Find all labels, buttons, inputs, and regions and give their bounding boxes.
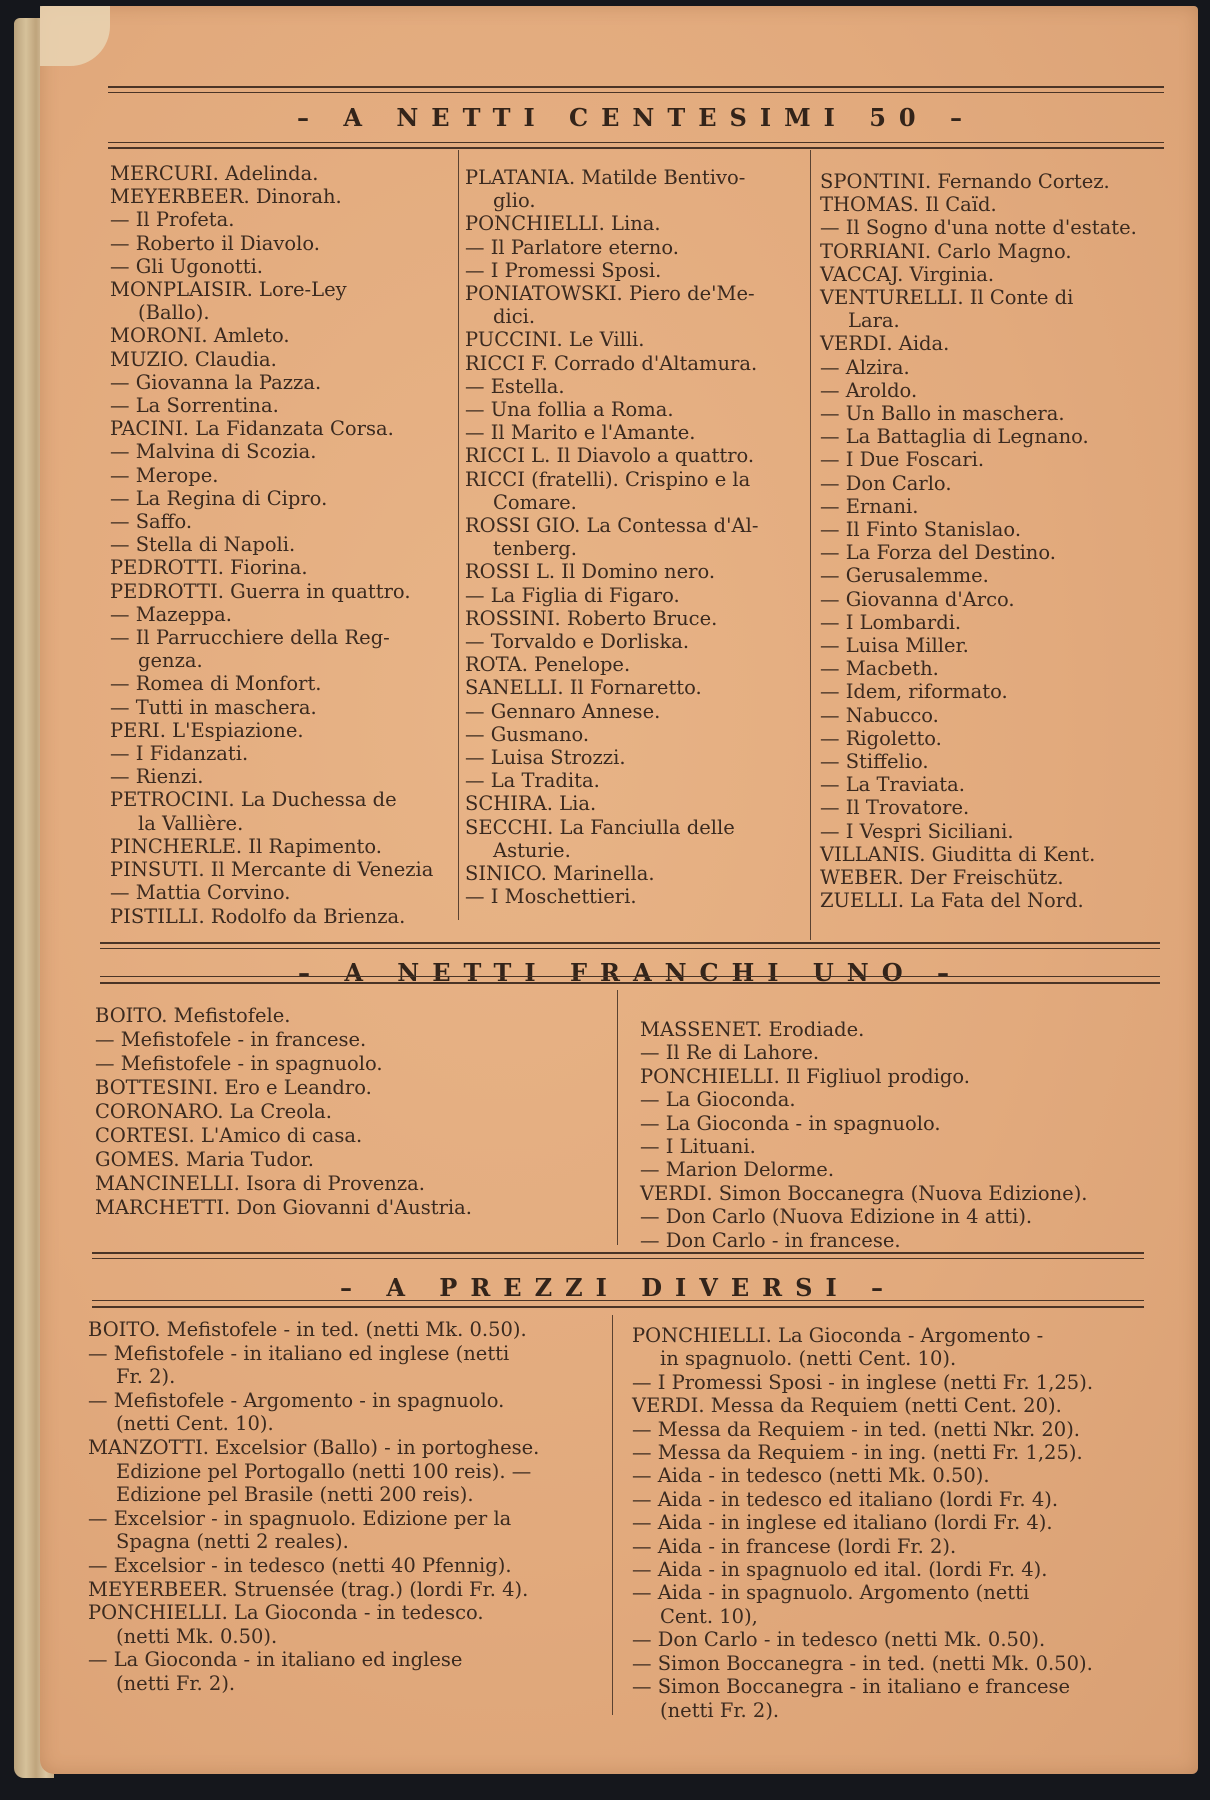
section-header-franchi: – A NETTI FRANCHI UNO –	[100, 958, 1160, 992]
catalog-entry: — Aida - in inglese ed italiano (lordi F…	[632, 1511, 1172, 1534]
catalog-entry: VERDI. Messa da Requiem (netti Cent. 20)…	[632, 1394, 1172, 1417]
catalog-entry: — Don Carlo - in francese.	[640, 1229, 1170, 1252]
catalog-entry: — I Lituani.	[640, 1135, 1170, 1158]
catalog-entry: — I Due Foscari.	[820, 448, 1170, 471]
catalog-entry: VILLANIS. Giuditta di Kent.	[820, 843, 1170, 866]
catalog-entry: — Mefistofele - Argomento - in spagnuolo…	[88, 1389, 608, 1413]
catalog-entry: — Aida - in tedesco (netti Mk. 0.50).	[632, 1464, 1172, 1487]
catalog-entry: — Il Parrucchiere della Reg-	[110, 626, 455, 649]
catalog-entry: — Merope.	[110, 464, 455, 487]
catalog-entry: Asturie.	[465, 839, 805, 862]
catalog-entry: PONCHIELLI. Lina.	[465, 212, 805, 235]
catalog-entry: MASSENET. Erodiade.	[640, 1018, 1170, 1041]
catalog-entry: — Rienzi.	[110, 765, 455, 788]
catalog-entry: — Aroldo.	[820, 379, 1170, 402]
catalog-entry: PONIATOWSKI. Piero de'Me-	[465, 282, 805, 305]
catalog-entry: — Mefistofele - in spagnuolo.	[95, 1052, 610, 1076]
catalog-entry: RICCI (fratelli). Crispino e la	[465, 468, 805, 491]
catalog-entry: — I Promessi Sposi - in inglese (netti F…	[632, 1371, 1172, 1394]
catalog-content: – A NETTI CENTESIMI 50 – MERCURI. Adelin…	[0, 0, 1210, 1800]
catalog-entry: genza.	[110, 649, 455, 672]
catalog-entry: SINICO. Marinella.	[465, 862, 805, 885]
catalog-entry: — Simon Boccanegra - in italiano e franc…	[632, 1675, 1172, 1698]
header-rule	[108, 142, 1164, 143]
catalog-entry: MONPLAISIR. Lore-Ley	[110, 278, 455, 301]
catalog-entry: — Romea di Monfort.	[110, 672, 455, 695]
catalog-entry: — Stella di Napoli.	[110, 533, 455, 556]
catalog-entry: BOTTESINI. Ero e Leandro.	[95, 1076, 610, 1100]
catalog-entry: MUZIO. Claudia.	[110, 348, 455, 371]
catalog-entry: — Rigoletto.	[820, 727, 1170, 750]
catalog-entry: — Mefistofele - in francese.	[95, 1028, 610, 1052]
header-rule	[100, 976, 1160, 977]
catalog-entry: Comare.	[465, 491, 805, 514]
catalog-entry: Lara.	[820, 309, 1170, 332]
catalog-entry: — La Gioconda - in spagnuolo.	[640, 1112, 1170, 1135]
header-rule	[92, 1252, 1144, 1254]
catalog-entry: — Gusmano.	[465, 723, 805, 746]
catalog-entry: SECCHI. La Fanciulla delle	[465, 816, 805, 839]
catalog-entry: — La Figlia di Figaro.	[465, 584, 805, 607]
catalog-entry: PETROCINI. La Duchessa de	[110, 788, 455, 811]
catalog-entry: VACCAJ. Virginia.	[820, 263, 1170, 286]
catalog-entry: — Ernani.	[820, 495, 1170, 518]
catalog-entry: — Luisa Strozzi.	[465, 746, 805, 769]
catalog-entry: — La Tradita.	[465, 769, 805, 792]
header-rule	[108, 147, 1164, 149]
catalog-entry: — Don Carlo - in tedesco (netti Mk. 0.50…	[632, 1628, 1172, 1651]
catalog-entry: tenberg.	[465, 537, 805, 560]
catalog-entry: — Excelsior - in spagnuolo. Edizione per…	[88, 1507, 608, 1531]
section2-column-2: MASSENET. Erodiade.— Il Re di Lahore.PON…	[640, 1018, 1170, 1252]
header-rule	[108, 86, 1164, 88]
catalog-entry: ROSSI L. Il Domino nero.	[465, 560, 805, 583]
catalog-entry: — Gerusalemme.	[820, 564, 1170, 587]
header-rule	[100, 948, 1160, 949]
catalog-entry: RICCI L. Il Diavolo a quattro.	[465, 444, 805, 467]
catalog-entry: — Il Finto Stanislao.	[820, 518, 1170, 541]
catalog-entry: — Il Marito e l'Amante.	[465, 421, 805, 444]
catalog-entry: — La Traviata.	[820, 773, 1170, 796]
catalog-entry: — Il Re di Lahore.	[640, 1041, 1170, 1064]
catalog-entry: Edizione pel Portogallo (netti 100 reis)…	[88, 1460, 608, 1484]
column-divider	[458, 150, 459, 920]
catalog-entry: — Idem, riformato.	[820, 680, 1170, 703]
catalog-entry: — Marion Delorme.	[640, 1158, 1170, 1181]
catalog-entry: TORRIANI. Carlo Magno.	[820, 240, 1170, 263]
section-title: – A PREZZI DIVERSI –	[92, 1273, 1144, 1302]
catalog-entry: PEDROTTI. Fiorina.	[110, 556, 455, 579]
column-divider	[612, 1315, 613, 1715]
catalog-entry: BOITO. Mefistofele.	[95, 1004, 610, 1028]
catalog-entry: — Saffo.	[110, 510, 455, 533]
catalog-entry: — La Gioconda - in italiano ed inglese	[88, 1648, 608, 1672]
catalog-entry: GOMES. Maria Tudor.	[95, 1148, 610, 1172]
column-divider	[617, 990, 618, 1245]
catalog-entry: — Giovanna d'Arco.	[820, 588, 1170, 611]
catalog-entry: — La Gioconda.	[640, 1088, 1170, 1111]
catalog-entry: — Mattia Corvino.	[110, 881, 455, 904]
header-rule	[92, 1300, 1144, 1301]
catalog-entry: — Nabucco.	[820, 704, 1170, 727]
catalog-entry: — La Regina di Cipro.	[110, 487, 455, 510]
catalog-entry: PACINI. La Fidanzata Corsa.	[110, 417, 455, 440]
catalog-entry: glio.	[465, 189, 805, 212]
catalog-entry: CORTESI. L'Amico di casa.	[95, 1124, 610, 1148]
section-header-prezzi: – A PREZZI DIVERSI –	[92, 1273, 1144, 1307]
catalog-entry: — Tutti in maschera.	[110, 696, 455, 719]
catalog-entry: — Giovanna la Pazza.	[110, 371, 455, 394]
catalog-entry: — I Moschettieri.	[465, 885, 805, 908]
header-rule	[92, 1306, 1144, 1308]
catalog-entry: WEBER. Der Freischütz.	[820, 866, 1170, 889]
catalog-entry: — Don Carlo.	[820, 472, 1170, 495]
catalog-entry: — Roberto il Diavolo.	[110, 232, 455, 255]
catalog-entry: — Alzira.	[820, 356, 1170, 379]
catalog-entry: — Il Profeta.	[110, 208, 455, 231]
catalog-entry: RICCI F. Corrado d'Altamura.	[465, 352, 805, 375]
catalog-entry: — Torvaldo e Dorliska.	[465, 630, 805, 653]
catalog-entry: THOMAS. Il Caïd.	[820, 193, 1170, 216]
catalog-entry: SANELLI. Il Fornaretto.	[465, 676, 805, 699]
catalog-entry: VENTURELLI. Il Conte di	[820, 286, 1170, 309]
catalog-entry: PONCHIELLI. La Gioconda - in tedesco.	[88, 1601, 608, 1625]
catalog-entry: dici.	[465, 305, 805, 328]
catalog-entry: — Aida - in spagnuolo. Argomento (netti	[632, 1581, 1172, 1604]
catalog-entry: — La Sorrentina.	[110, 394, 455, 417]
catalog-entry: — Stiffelio.	[820, 750, 1170, 773]
catalog-entry: (netti Mk. 0.50).	[88, 1625, 608, 1649]
catalog-entry: ROTA. Penelope.	[465, 653, 805, 676]
catalog-entry: — Un Ballo in maschera.	[820, 402, 1170, 425]
section1-column-1: MERCURI. Adelinda.MEYERBEER. Dinorah.— I…	[110, 162, 455, 928]
catalog-entry: la Vallière.	[110, 812, 455, 835]
section-title: – A NETTI CENTESIMI 50 –	[108, 103, 1164, 132]
catalog-entry: MORONI. Amleto.	[110, 324, 455, 347]
catalog-entry: BOITO. Mefistofele - in ted. (netti Mk. …	[88, 1318, 608, 1342]
catalog-entry: — Luisa Miller.	[820, 634, 1170, 657]
catalog-entry: — Malvina di Scozia.	[110, 440, 455, 463]
catalog-entry: Spagna (netti 2 reales).	[88, 1530, 608, 1554]
header-rule	[92, 1258, 1144, 1259]
catalog-entry: Edizione pel Brasile (netti 200 reis).	[88, 1483, 608, 1507]
catalog-entry: — Aida - in francese (lordi Fr. 2).	[632, 1535, 1172, 1558]
catalog-entry: PLATANIA. Matilde Bentivo-	[465, 166, 805, 189]
section1-column-2: PLATANIA. Matilde Bentivo-glio.PONCHIELL…	[465, 166, 805, 909]
catalog-entry: VERDI. Simon Boccanegra (Nuova Edizione)…	[640, 1182, 1170, 1205]
header-rule	[108, 92, 1164, 93]
catalog-entry: — Excelsior - in tedesco (netti 40 Pfenn…	[88, 1554, 608, 1578]
catalog-entry: (netti Cent. 10).	[88, 1412, 608, 1436]
catalog-entry: — Don Carlo (Nuova Edizione in 4 atti).	[640, 1205, 1170, 1228]
catalog-entry: PINSUTI. Il Mercante di Venezia	[110, 858, 455, 881]
catalog-entry: PEDROTTI. Guerra in quattro.	[110, 580, 455, 603]
catalog-entry: — La Forza del Destino.	[820, 541, 1170, 564]
catalog-entry: — Messa da Requiem - in ing. (netti Fr. …	[632, 1441, 1172, 1464]
catalog-entry: MEYERBEER. Dinorah.	[110, 185, 455, 208]
column-divider	[810, 150, 811, 940]
catalog-entry: — I Fidanzati.	[110, 742, 455, 765]
catalog-entry: PONCHIELLI. La Gioconda - Argomento -	[632, 1324, 1172, 1347]
catalog-entry: — Estella.	[465, 375, 805, 398]
catalog-entry: — Aida - in spagnuolo ed ital. (lordi Fr…	[632, 1558, 1172, 1581]
catalog-entry: — Il Trovatore.	[820, 796, 1170, 819]
catalog-entry: ZUELLI. La Fata del Nord.	[820, 889, 1170, 912]
catalog-entry: — Macbeth.	[820, 657, 1170, 680]
catalog-entry: (netti Fr. 2).	[632, 1699, 1172, 1722]
catalog-entry: — Messa da Requiem - in ted. (netti Nkr.…	[632, 1418, 1172, 1441]
catalog-entry: — Il Parlatore eterno.	[465, 236, 805, 259]
catalog-entry: (netti Fr. 2).	[88, 1672, 608, 1696]
catalog-entry: PONCHIELLI. Il Figliuol prodigo.	[640, 1065, 1170, 1088]
catalog-entry: MARCHETTI. Don Giovanni d'Austria.	[95, 1196, 610, 1220]
catalog-entry: Cent. 10),	[632, 1605, 1172, 1628]
catalog-entry: — Mazeppa.	[110, 603, 455, 626]
header-rule	[100, 982, 1160, 984]
section-header-centesimi: – A NETTI CENTESIMI 50 –	[108, 103, 1164, 137]
catalog-entry: — Una follia a Roma.	[465, 398, 805, 421]
section2-column-1: BOITO. Mefistofele.— Mefistofele - in fr…	[95, 1004, 610, 1220]
catalog-entry: — La Battaglia di Legnano.	[820, 425, 1170, 448]
catalog-entry: ROSSI GIO. La Contessa d'Al-	[465, 514, 805, 537]
catalog-entry: PERI. L'Espiazione.	[110, 719, 455, 742]
header-rule	[100, 942, 1160, 944]
catalog-entry: MEYERBEER. Struensée (trag.) (lordi Fr. …	[88, 1578, 608, 1602]
catalog-entry: MERCURI. Adelinda.	[110, 162, 455, 185]
catalog-entry: (Ballo).	[110, 301, 455, 324]
catalog-entry: PISTILLI. Rodolfo da Brienza.	[110, 905, 455, 928]
catalog-entry: CORONARO. La Creola.	[95, 1100, 610, 1124]
catalog-entry: — I Promessi Sposi.	[465, 259, 805, 282]
catalog-entry: PINCHERLE. Il Rapimento.	[110, 835, 455, 858]
section3-column-2: PONCHIELLI. La Gioconda - Argomento -in …	[632, 1324, 1172, 1722]
catalog-entry: — Il Sogno d'una notte d'estate.	[820, 216, 1170, 239]
catalog-entry: in spagnuolo. (netti Cent. 10).	[632, 1347, 1172, 1370]
section3-column-1: BOITO. Mefistofele - in ted. (netti Mk. …	[88, 1318, 608, 1696]
section1-column-3: SPONTINI. Fernando Cortez.THOMAS. Il Caï…	[820, 170, 1170, 913]
catalog-entry: — Gennaro Annese.	[465, 700, 805, 723]
catalog-entry: — Gli Ugonotti.	[110, 255, 455, 278]
catalog-entry: — Mefistofele - in italiano ed inglese (…	[88, 1342, 608, 1366]
catalog-entry: PUCCINI. Le Villi.	[465, 328, 805, 351]
catalog-entry: ROSSINI. Roberto Bruce.	[465, 607, 805, 630]
catalog-entry: SCHIRA. Lia.	[465, 792, 805, 815]
catalog-entry: Fr. 2).	[88, 1365, 608, 1389]
catalog-entry: — Aida - in tedesco ed italiano (lordi F…	[632, 1488, 1172, 1511]
catalog-entry: MANZOTTI. Excelsior (Ballo) - in portogh…	[88, 1436, 608, 1460]
catalog-entry: SPONTINI. Fernando Cortez.	[820, 170, 1170, 193]
catalog-entry: — Simon Boccanegra - in ted. (netti Mk. …	[632, 1652, 1172, 1675]
catalog-entry: — I Vespri Siciliani.	[820, 820, 1170, 843]
catalog-entry: — I Lombardi.	[820, 611, 1170, 634]
catalog-entry: VERDI. Aida.	[820, 332, 1170, 355]
catalog-entry: MANCINELLI. Isora di Provenza.	[95, 1172, 610, 1196]
